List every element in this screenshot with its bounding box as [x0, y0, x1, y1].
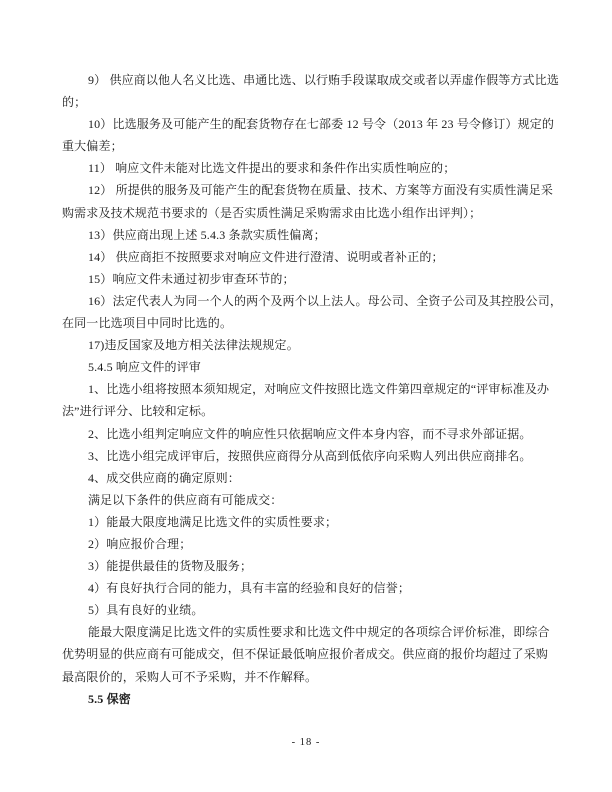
section-heading-5-4-5: 5.4.5 响应文件的评审 [62, 356, 554, 378]
clause-line: 的； [62, 91, 554, 113]
numbered-paragraph-3: 3、比选小组完成评审后，按照供应商得分从高到低依序向采购人列出供应商排名。 [62, 445, 554, 467]
list-item-3: 3）能提供最佳的货物及服务； [62, 555, 554, 577]
paragraph-line: 法”进行评分、比较和定标。 [62, 400, 554, 422]
clause-item-17: 17)违反国家及地方相关法律法规规定。 [62, 334, 554, 356]
section-heading-5-5: 5.5 保密 [62, 688, 554, 710]
paragraph-line: 能最大限度满足比选文件的实质性要求和比选文件中规定的各项综合评价标准，即综合 [62, 621, 554, 643]
list-item-1: 1）能最大限度地满足比选文件的实质性要求； [62, 511, 554, 533]
document-body: 9） 供应商以他人名义比选、串通比选、以行贿手段谋取成交或者以弄虚作假等方式比选… [62, 69, 554, 710]
numbered-paragraph-1: 1、比选小组将按照本须知规定，对响应文件按照比选文件第四章规定的“评审标准及办 [62, 378, 554, 400]
clause-item-13: 13）供应商出现上述 5.4.3 条款实质性偏离； [62, 224, 554, 246]
clause-line: 在同一比选项目中同时比选的。 [62, 312, 554, 334]
paragraph-line: 满足以下条件的供应商有可能成交： [62, 489, 554, 511]
paragraph-line: 优势明显的供应商有可能成交，但不保证最低响应报价者成交。供应商的报价均超过了采购 [62, 643, 554, 665]
list-item-4: 4）有良好执行合同的能力，具有丰富的经验和良好的信誉； [62, 577, 554, 599]
list-item-5: 5）具有良好的业绩。 [62, 599, 554, 621]
paragraph-line: 最高限价的，采购人可不予采购，并不作解释。 [62, 666, 554, 688]
page-number: - 18 - [0, 737, 612, 748]
clause-item-15: 15）响应文件未通过初步审查环节的； [62, 268, 554, 290]
clause-line: 购需求及技术规范书要求的（是否实质性满足采购需求由比选小组作出评判）； [62, 202, 554, 224]
list-item-2: 2）响应报价合理； [62, 533, 554, 555]
clause-item-10: 10）比选服务及可能产生的配套货物存在七部委 12 号令（2013 年 23 号… [62, 113, 554, 135]
numbered-paragraph-4: 4、成交供应商的确定原则： [62, 467, 554, 489]
clause-item-11: 11） 响应文件未能对比选文件提出的要求和条件作出实质性响应的； [62, 157, 554, 179]
clause-item-14: 14） 供应商拒不按照要求对响应文件进行澄清、说明或者补正的； [62, 246, 554, 268]
document-page: 9） 供应商以他人名义比选、串通比选、以行贿手段谋取成交或者以弄虚作假等方式比选… [0, 0, 612, 792]
clause-item-12: 12） 所提供的服务及可能产生的配套货物在质量、技术、方案等方面没有实质性满足采 [62, 179, 554, 201]
clause-item-16: 16）法定代表人为同一个人的两个及两个以上法人。母公司、全资子公司及其控股公司， [62, 290, 554, 312]
clause-item-9: 9） 供应商以他人名义比选、串通比选、以行贿手段谋取成交或者以弄虚作假等方式比选 [62, 69, 554, 91]
clause-line: 重大偏差； [62, 135, 554, 157]
numbered-paragraph-2: 2、比选小组判定响应文件的响应性只依据响应文件本身内容，而不寻求外部证据。 [62, 423, 554, 445]
